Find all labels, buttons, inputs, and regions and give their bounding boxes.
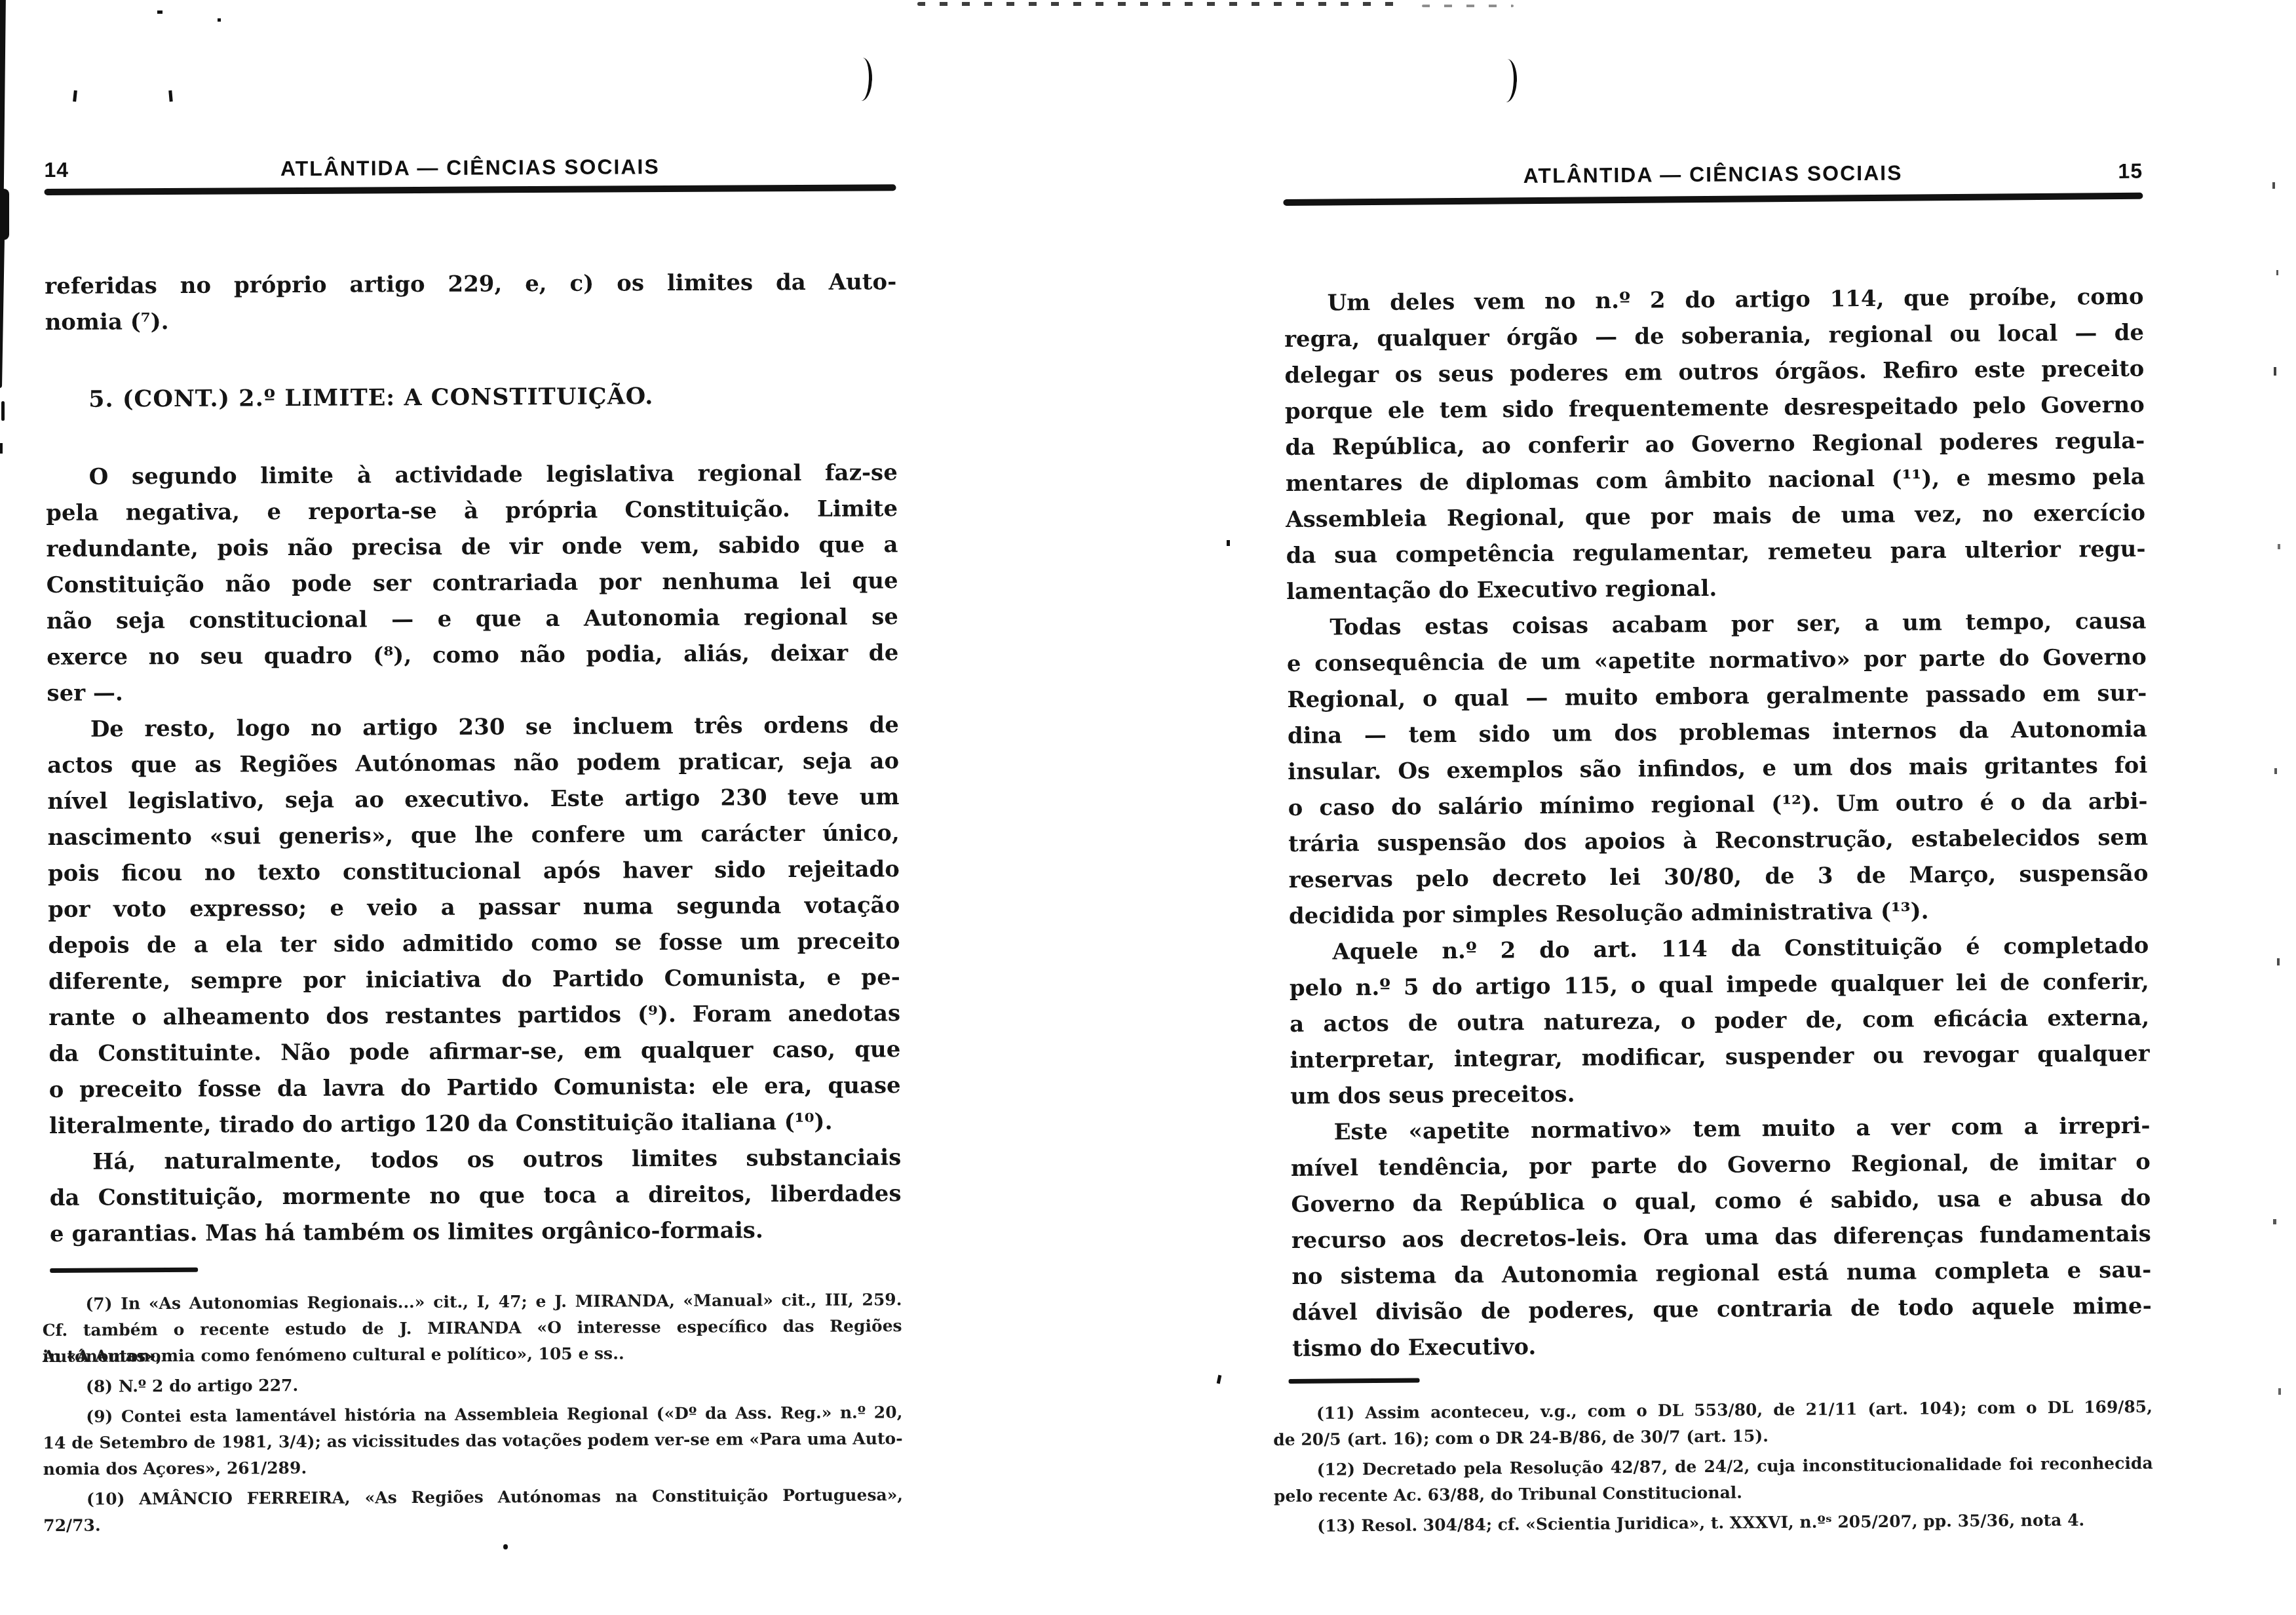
text-line: reservas pelo decreto lei 30/80, de 3 de… [1288,856,2148,899]
text-line: da sua competência regulamentar, remeteu… [1286,532,2145,574]
text-line: tismo do Executivo. [1292,1325,2152,1367]
text-line: decidida por simples Resolução administr… [1289,892,2149,935]
text-line: da Constituinte. Não pode afirmar-se, em… [48,1032,900,1072]
scan-artifact-right-speck [2278,544,2280,549]
footnote: (11) Assim aconteceu, v.g., com o DL 553… [1273,1394,2153,1454]
text-line: redundante, pois não precisa de vir onde… [46,527,898,568]
footnote-rule [1289,1378,1420,1384]
text-line: dina — tem sido um dos problemas interno… [1288,712,2147,754]
text-line: não seja constitucional — e que a Autono… [47,599,898,640]
paragraph-continuation: referidas no próprio artigo 229, e, c) o… [45,264,897,341]
scan-artifact-edge-streak [0,237,5,388]
text-line: exerce no seu quadro (⁸), como não podia… [47,635,898,676]
text-line: dável divisão de poderes, que contraria … [1292,1289,2152,1331]
running-header: 14 ATLÂNTIDA — CIÊNCIAS SOCIAIS [44,153,896,182]
text-line: (8) N.º 2 do artigo 227. [43,1369,902,1400]
footnote: (8) N.º 2 do artigo 227. [43,1369,902,1400]
scan-artifact-right-speck [2278,1388,2281,1395]
text-line: Este «apetite normativo» tem muito a ver… [1290,1108,2150,1151]
text-line: da Constituição, mormente no que toca a … [49,1176,901,1216]
text-line: Há, naturalmente, todos os outros limite… [49,1140,901,1180]
text-line: rante o alheamento dos restantes partido… [48,996,900,1036]
scan-artifact-edge-blob [0,189,9,240]
text-line: no sistema da Autonomia regional está nu… [1291,1253,2151,1295]
text-line: O segundo limite à actividade legislativ… [46,455,898,496]
text-line: nomia (⁷). [45,300,896,341]
text-line: 72/73. [43,1508,903,1539]
running-header: ATLÂNTIDA — CIÊNCIAS SOCIAIS 15 [1283,159,2143,190]
scan-artifact-right-speck [2277,958,2280,965]
text-line: regra, qualquer órgão — de soberania, re… [1284,315,2144,358]
scan-artifact-right-speck [2273,1219,2276,1224]
text-line: literalmente, tirado do artigo 120 da Co… [49,1104,901,1144]
text-line: Regional, o qual — muito embora geralmen… [1287,676,2147,718]
paragraph: De resto, logo no artigo 230 se incluem … [47,707,901,1144]
paragraph: Todas estas coisas acabam por ser, a um … [1286,604,2149,935]
paragraph: Aquele n.º 2 do art. 114 da Constituição… [1289,928,2150,1115]
text-line: pelo n.º 5 do artigo 115, o qual impede … [1290,964,2149,1007]
footnotes: (7) In «As Autonomias Regionais...» cit.… [42,1287,903,1539]
text-line: recurso aos decretos-leis. Ora uma das d… [1291,1216,2151,1259]
page-body: Um deles vem no n.º 2 do artigo 114, que… [1284,279,2152,1367]
text-line: porque ele tem sido frequentemente desre… [1285,387,2145,430]
footnote: (7) In «As Autonomias Regionais...» cit.… [42,1287,902,1370]
text-line: insular. Os exemplos são infindos, e um … [1288,748,2147,790]
header-spacer [811,178,896,178]
text-line: mível tendência, por parte do Governo Re… [1291,1144,2151,1187]
text-line: da República, ao conferir ao Governo Reg… [1285,423,2145,466]
text-line: Constituição não pode ser contrariada po… [47,563,898,604]
text-line: e garantias. Mas há também os limites or… [50,1212,902,1253]
text-line: Assembleia Regional, que por mais de uma… [1286,496,2145,538]
text-line: nomia dos Açores», 261/289. [43,1452,903,1483]
scanned-book-spread: 14 ATLÂNTIDA — CIÊNCIAS SOCIAIS referida… [0,0,2296,1615]
text-line: trária suspensão dos apoios à Reconstruç… [1288,820,2148,863]
text-line: 14 de Setembro de 1981, 3/4); as vicissi… [43,1426,902,1456]
text-line: Um deles vem no n.º 2 do artigo 114, que… [1284,279,2143,322]
page-body: referidas no próprio artigo 229, e, c) o… [45,264,902,1253]
section-heading: 5. (CONT.) 2.º LIMITE: A CONSTITUIÇÃO. [45,377,897,418]
page-15: ATLÂNTIDA — CIÊNCIAS SOCIAIS 15 Um deles… [1282,0,2153,1540]
header-rule [1283,193,2143,206]
footnotes: (11) Assim aconteceu, v.g., com o DL 553… [1273,1394,2154,1540]
text-line: Aquele n.º 2 do art. 114 da Constituição… [1289,928,2149,971]
paragraph: Há, naturalmente, todos os outros limite… [49,1140,902,1253]
footnote-rule [50,1268,198,1273]
text-line: depois de a ela ter sido admitido como s… [48,924,900,964]
text-line: in «A Autonomia como fenómeno cultural e… [43,1339,902,1370]
paragraph: O segundo limite à actividade legislativ… [46,455,899,712]
text-line: nascimento «sui generis», que lhe confer… [48,815,900,856]
scan-artifact-margin-speck [1227,540,1230,546]
paragraph: Este «apetite normativo» tem muito a ver… [1290,1108,2152,1367]
text-line: pois ficou no texto constitucional após … [48,851,900,892]
text-line: Governo da República o qual, como é sabi… [1291,1180,2151,1223]
text-line: (13) Resol. 304/84; cf. «Scientia Juridi… [1274,1507,2153,1540]
text-line: De resto, logo no artigo 230 se incluem … [47,707,899,748]
scan-artifact-edge-speck [1,401,5,421]
scan-artifact-dot [503,1544,508,1549]
text-line: e consequência de um «apetite normativo»… [1287,640,2147,682]
text-line: a actos de outra natureza, o poder de, c… [1290,1000,2149,1043]
text-line: (9) Contei esta lamentável história na A… [43,1399,902,1430]
scan-artifact-right-speck [2272,182,2275,189]
text-line: (7) In «As Autonomias Regionais...» cit.… [42,1287,902,1317]
scan-artifact-right-speck [2274,367,2276,376]
text-line: Todas estas coisas acabam por ser, a um … [1286,604,2146,646]
text-line: interpretar, integrar, modificar, suspen… [1290,1036,2149,1079]
journal-title: ATLÂNTIDA — CIÊNCIAS SOCIAIS [129,153,811,182]
scan-artifact-right-speck [2274,768,2277,774]
scan-artifact-right-speck [2276,270,2278,275]
text-line: actos que as Regiões Autónomas não podem… [47,743,899,784]
text-line: Cf. também o recente estudo de J. MIRAND… [43,1313,902,1344]
text-line: um dos seus preceitos. [1290,1072,2150,1115]
text-line: nível legislativo, seja ao executivo. Es… [47,779,899,820]
page-14: 14 ATLÂNTIDA — CIÊNCIAS SOCIAIS referida… [43,0,903,1539]
text-line: mentares de diplomas com âmbito nacional… [1286,459,2145,502]
text-line: pela negativa, e reporta-se à própria Co… [46,491,898,532]
text-line: delegar os seus poderes em outros órgãos… [1284,351,2144,394]
text-line: (10) AMÂNCIO FERREIRA, «As Regiões Autón… [43,1482,903,1513]
header-spacer [1283,189,1368,190]
footnote: (13) Resol. 304/84; cf. «Scientia Juridi… [1274,1507,2153,1540]
footnote: (12) Decretado pela Resolução 42/87, de … [1273,1450,2153,1510]
footnote: (9) Contei esta lamentável história na A… [43,1399,903,1483]
page-number: 15 [2057,159,2143,184]
text-line: diferente, sempre por iniciativa do Part… [48,960,900,1000]
text-line: por voto expresso; e veio a passar numa … [48,887,900,928]
text-line: ser —. [47,671,898,712]
scan-artifact-edge-speck [0,443,3,454]
text-line: lamentação do Executivo regional. [1286,568,2146,610]
paragraph: Um deles vem no n.º 2 do artigo 114, que… [1284,279,2146,610]
text-line: referidas no próprio artigo 229, e, c) o… [45,264,896,305]
footnote: (10) AMÂNCIO FERREIRA, «As Regiões Autón… [43,1482,903,1539]
text-line: 5. (CONT.) 2.º LIMITE: A CONSTITUIÇÃO. [45,377,897,418]
page-number: 14 [44,157,129,182]
text-line: o caso do salário mínimo regional (¹²). … [1288,784,2147,827]
journal-title: ATLÂNTIDA — CIÊNCIAS SOCIAIS [1368,159,2057,189]
text-line: o preceito fosse da lavra do Partido Com… [49,1068,901,1108]
scan-artifact-margin-speck [1217,1375,1222,1384]
header-rule [45,184,896,195]
